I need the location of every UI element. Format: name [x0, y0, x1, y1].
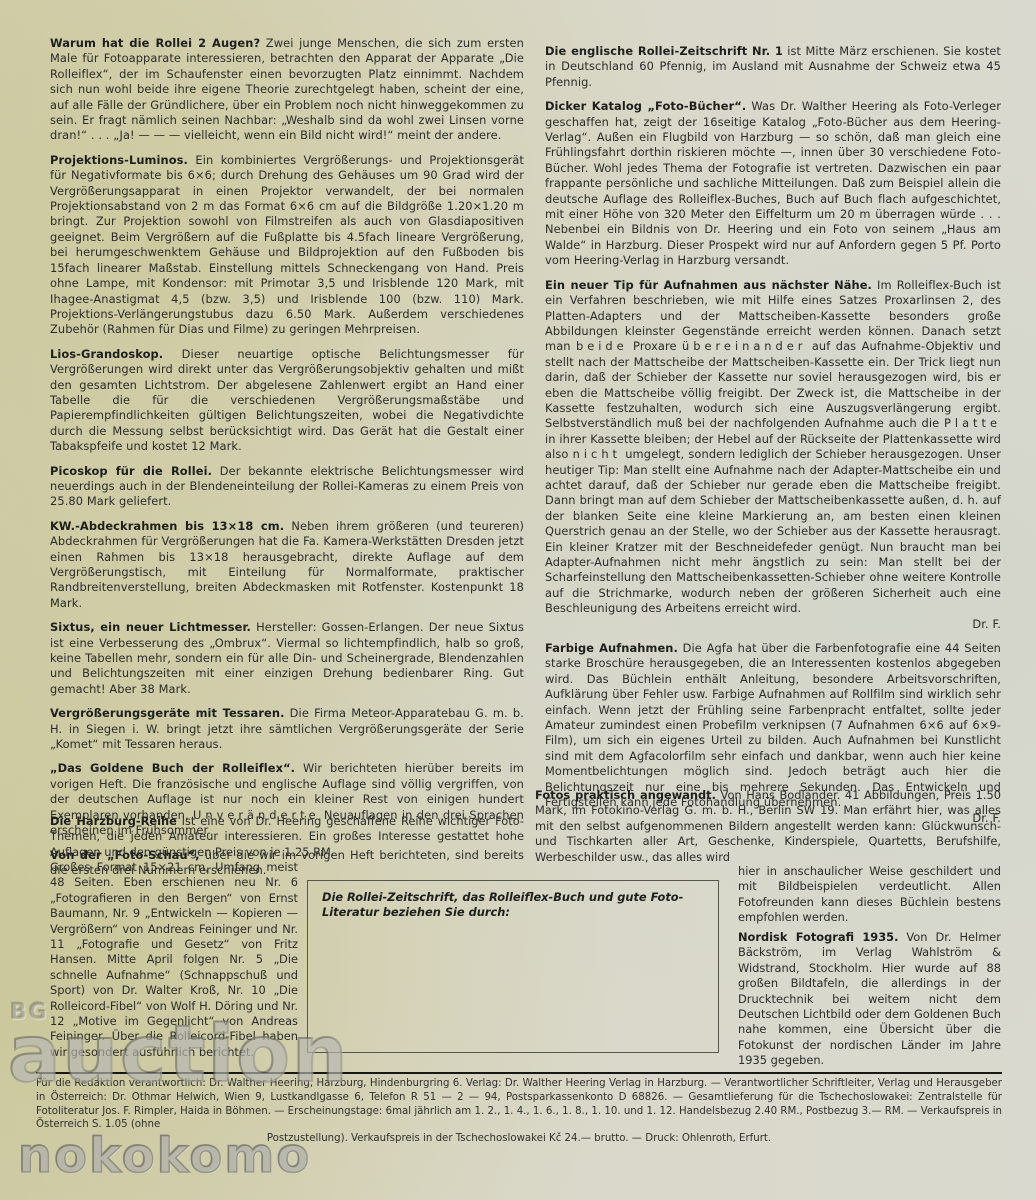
- article-emphasis: Platte: [944, 416, 1001, 430]
- article-harzburg-reihe-continued: Großes Format 15×21 cm, Umfang meist 48 …: [50, 860, 298, 1060]
- article-body: Von Dr. Helmer Bäckström, im Verlag Wahl…: [738, 930, 1001, 1067]
- article-projektions-luminos: Projektions-Luminos. Ein kombiniertes Ve…: [50, 153, 524, 338]
- imprint-last-line: Postzustellung). Verkaufspreis in der Ts…: [36, 1132, 1002, 1146]
- article-harzburg-reihe: Die Harzburg-Reihe ist eine von Dr. Heer…: [50, 814, 524, 860]
- article-heading: Die Harzburg-Reihe: [50, 814, 177, 828]
- article-emphasis: übereinander: [682, 339, 806, 353]
- article-tessaren: Vergrößerungsgeräte mit Tessaren. Die Fi…: [50, 706, 524, 752]
- article-body: Die Agfa hat über die Farbenfotografie e…: [545, 641, 1001, 809]
- article-heading: Sixtus, ein neuer Lichtmesser.: [50, 620, 251, 634]
- article-heading: Dicker Katalog „Foto-Bücher“.: [545, 99, 746, 113]
- article-heading: Warum hat die Rollei 2 Augen?: [50, 36, 260, 50]
- imprint: Für die Redaktion verantwortlich: Dr. Wa…: [36, 1077, 1002, 1146]
- article-heading: „Das Goldene Buch der Rolleiflex“.: [50, 761, 295, 775]
- article-fotos-praktisch-continued: hier in anschaulicher Weise geschildert …: [738, 864, 1001, 926]
- article-heading: Picoskop für die Rollei.: [50, 464, 212, 478]
- article-katalog-foto-buecher: Dicker Katalog „Foto-Bücher“. Was Dr. Wa…: [545, 99, 1001, 268]
- article-body: Was Dr. Walther Heering als Foto-Verlege…: [545, 99, 1001, 267]
- article-heading: Fotos praktisch angewandt.: [535, 788, 716, 802]
- article-lios-grandoskop: Lios-Grandoskop. Dieser neuartige optisc…: [50, 347, 524, 455]
- article-body: Ein kombiniertes Vergrößerungs- und Proj…: [50, 153, 524, 336]
- article-heading: Vergrößerungsgeräte mit Tessaren.: [50, 706, 285, 720]
- article-heading: Die englische Rollei-Zeitschrift Nr. 1: [545, 44, 783, 58]
- article-body: Dieser neuartige optische Belichtungsmes…: [50, 347, 524, 453]
- article-rollei-augen: Warum hat die Rollei 2 Augen? Zwei junge…: [50, 36, 524, 144]
- article-heading: Lios-Grandoskop.: [50, 347, 163, 361]
- article-heading: Projektions-Luminos.: [50, 153, 188, 167]
- article-fotos-praktisch: Fotos praktisch angewandt. Von Hans Bodl…: [535, 788, 1001, 865]
- left-column: Warum hat die Rollei 2 Augen? Zwei junge…: [50, 36, 524, 887]
- article-sixtus: Sixtus, ein neuer Lichtmesser. Herstelle…: [50, 620, 524, 697]
- article-tip-naechste-naehe: Ein neuer Tip für Aufnahmen aus nächster…: [545, 278, 1001, 632]
- article-body: Proxare: [628, 339, 682, 353]
- dealer-stamp-box: Die Rollei-Zeitschrift, das Rolleiflex-B…: [307, 880, 719, 1053]
- author-signature: Dr. F.: [545, 617, 1001, 632]
- dealer-box-text: Die Rollei-Zeitschrift, das Rolleiflex-B…: [322, 890, 704, 921]
- article-body: umgelegt, sondern lediglich der Schieber…: [545, 447, 1001, 615]
- article-heading: Nordisk Fotografi 1935.: [738, 930, 898, 944]
- article-kw-abdeckrahmen: KW.-Abdeckrahmen bis 13×18 cm. Neben ihr…: [50, 519, 524, 611]
- article-emphasis: nicht: [573, 447, 621, 461]
- article-englische-zeitschrift: Die englische Rollei-Zeitschrift Nr. 1 i…: [545, 44, 1001, 90]
- right-column: Die englische Rollei-Zeitschrift Nr. 1 i…: [545, 44, 1001, 835]
- article-nordisk-fotografi: Nordisk Fotografi 1935. Von Dr. Helmer B…: [738, 930, 1001, 1069]
- article-heading: KW.-Abdeckrahmen bis 13×18 cm.: [50, 519, 284, 533]
- article-body: Zwei junge Menschen, die sich zum ersten…: [50, 36, 524, 142]
- article-picoskop: Picoskop für die Rollei. Der bekannte el…: [50, 464, 524, 510]
- article-heading: Farbige Aufnahmen.: [545, 641, 678, 655]
- article-emphasis: beide: [576, 339, 628, 353]
- watermark-bg: BG: [10, 1000, 49, 1025]
- imprint-text: Für die Redaktion verantwortlich: Dr. Wa…: [36, 1077, 1002, 1132]
- article-heading: Ein neuer Tip für Aufnahmen aus nächster…: [545, 278, 872, 292]
- imprint-divider: [36, 1072, 1002, 1074]
